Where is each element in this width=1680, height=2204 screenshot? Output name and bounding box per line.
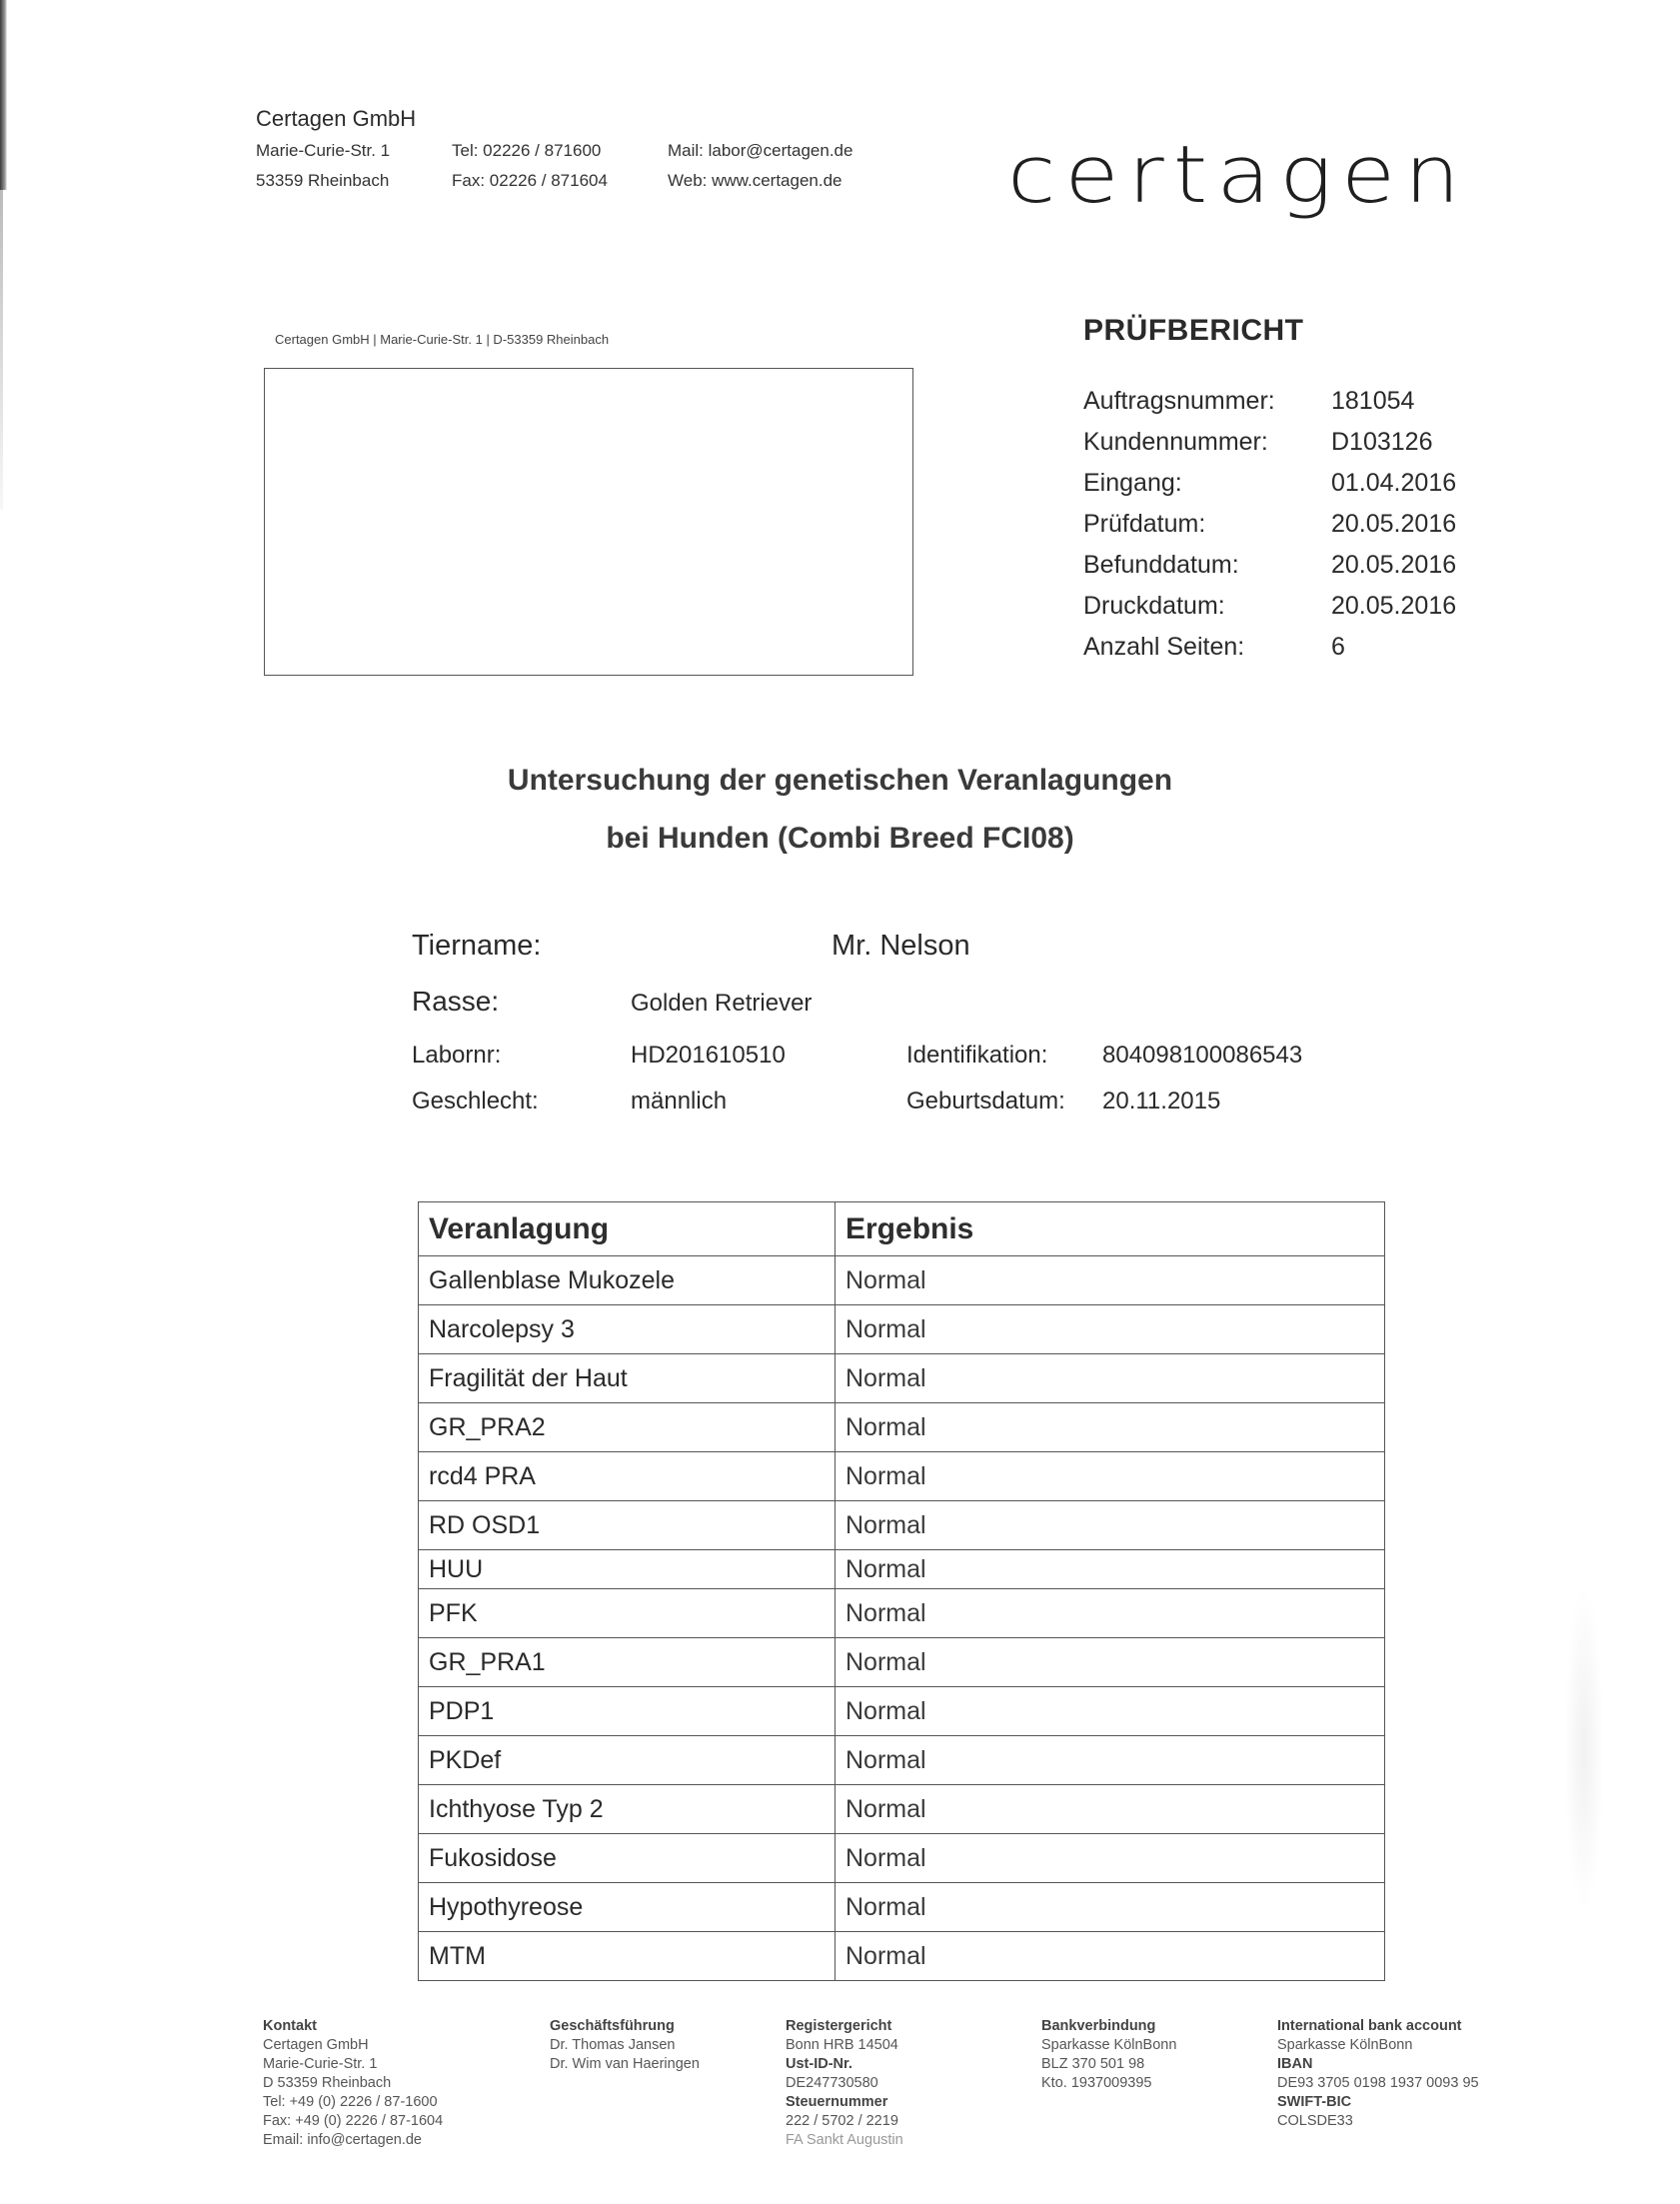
table-row: RD OSD1Normal xyxy=(419,1501,1385,1550)
main-title-line1: Untersuchung der genetischen Veranlagung… xyxy=(0,764,1680,798)
test-result-cell: Normal xyxy=(836,1403,1385,1452)
sender-return-line: Certagen GmbH | Marie-Curie-Str. 1 | D-5… xyxy=(275,332,609,347)
footer-contact-line: Tel: +49 (0) 2226 / 87-1600 xyxy=(263,2093,443,2112)
report-field-label: Eingang: xyxy=(1083,469,1182,498)
report-field-value: 181054 xyxy=(1331,387,1414,416)
company-name: Certagen GmbH xyxy=(256,106,416,132)
report-field-value: D103126 xyxy=(1331,428,1432,457)
footer-register-heading: Registergericht xyxy=(786,2017,903,2036)
animal-name-value: Mr. Nelson xyxy=(832,930,970,963)
test-result-cell: Normal xyxy=(836,1501,1385,1550)
footer-management-line: Dr. Wim van Haeringen xyxy=(550,2055,700,2074)
scan-edge-artifact xyxy=(0,0,7,190)
test-name-cell: MTM xyxy=(419,1932,836,1981)
footer-vat-heading: Ust-ID-Nr. xyxy=(786,2055,903,2074)
animal-dob-label: Geburtsdatum: xyxy=(906,1088,1065,1115)
footer-bic: COLSDE33 xyxy=(1277,2112,1479,2131)
footer-bank-line: Sparkasse KölnBonn xyxy=(1041,2036,1176,2055)
main-title-line2: bei Hunden (Combi Breed FCI08) xyxy=(0,822,1680,856)
table-row: Ichthyose Typ 2Normal xyxy=(419,1785,1385,1834)
footer-contact: Kontakt Certagen GmbHMarie-Curie-Str. 1D… xyxy=(263,2017,443,2150)
table-row: MTMNormal xyxy=(419,1932,1385,1981)
report-field-label: Prüfdatum: xyxy=(1083,510,1205,539)
scan-edge-artifact xyxy=(0,190,3,510)
certagen-logo: certagen xyxy=(1007,128,1469,221)
animal-breed-value: Golden Retriever xyxy=(631,990,812,1018)
report-field-value: 20.05.2016 xyxy=(1331,551,1456,580)
table-row: Gallenblase MukozeleNormal xyxy=(419,1256,1385,1305)
footer-contact-heading: Kontakt xyxy=(263,2017,443,2036)
animal-dob-value: 20.11.2015 xyxy=(1102,1088,1220,1115)
footer-bic-heading: SWIFT-BIC xyxy=(1277,2093,1479,2112)
test-result-cell: Normal xyxy=(836,1550,1385,1589)
test-name-cell: HUU xyxy=(419,1550,836,1589)
company-tel: Tel: 02226 / 871600 xyxy=(452,141,601,161)
results-table-header: Veranlagung Ergebnis xyxy=(419,1202,1385,1256)
test-name-cell: PFK xyxy=(419,1589,836,1638)
test-result-cell: Normal xyxy=(836,1736,1385,1785)
test-result-cell: Normal xyxy=(836,1638,1385,1687)
test-result-cell: Normal xyxy=(836,1687,1385,1736)
test-result-cell: Normal xyxy=(836,1932,1385,1981)
footer-iban-heading: IBAN xyxy=(1277,2055,1479,2074)
company-web[interactable]: Web: www.certagen.de xyxy=(668,171,842,191)
test-name-cell: Narcolepsy 3 xyxy=(419,1305,836,1354)
test-result-cell: Normal xyxy=(836,1452,1385,1501)
report-field-value: 01.04.2016 xyxy=(1331,469,1456,498)
footer-bank: Bankverbindung Sparkasse KölnBonnBLZ 370… xyxy=(1041,2017,1176,2093)
footer-contact-line: Email: info@certagen.de xyxy=(263,2131,443,2150)
table-row: GR_PRA1Normal xyxy=(419,1638,1385,1687)
test-result-cell: Normal xyxy=(836,1785,1385,1834)
animal-id-value: 804098100086543 xyxy=(1102,1042,1302,1070)
test-name-cell: PKDef xyxy=(419,1736,836,1785)
test-name-cell: Ichthyose Typ 2 xyxy=(419,1785,836,1834)
footer-bank-heading: Bankverbindung xyxy=(1041,2017,1176,2036)
scan-smudge xyxy=(1564,1584,1604,1914)
table-row: rcd4 PRANormal xyxy=(419,1452,1385,1501)
results-table: Veranlagung Ergebnis Gallenblase Mukozel… xyxy=(418,1201,1385,1981)
company-mail[interactable]: Mail: labor@certagen.de xyxy=(668,141,852,161)
report-title: PRÜFBERICHT xyxy=(1083,314,1304,348)
report-field-label: Anzahl Seiten: xyxy=(1083,633,1244,662)
animal-id-label: Identifikation: xyxy=(906,1042,1047,1070)
footer-tax: 222 / 5702 / 2219 xyxy=(786,2112,903,2131)
test-name-cell: Fragilität der Haut xyxy=(419,1354,836,1403)
table-row: PDP1Normal xyxy=(419,1687,1385,1736)
table-row: HypothyreoseNormal xyxy=(419,1883,1385,1932)
test-name-cell: RD OSD1 xyxy=(419,1501,836,1550)
footer-contact-line: D 53359 Rheinbach xyxy=(263,2074,443,2093)
company-city: 53359 Rheinbach xyxy=(256,171,389,191)
report-field-value: 20.05.2016 xyxy=(1331,592,1456,621)
column-header-ergebnis: Ergebnis xyxy=(836,1202,1385,1256)
test-name-cell: Gallenblase Mukozele xyxy=(419,1256,836,1305)
animal-labno-value: HD201610510 xyxy=(631,1042,786,1070)
footer-iban: DE93 3705 0198 1937 0093 95 xyxy=(1277,2074,1479,2093)
test-name-cell: PDP1 xyxy=(419,1687,836,1736)
column-header-veranlagung: Veranlagung xyxy=(419,1202,836,1256)
report-field-label: Auftragsnummer: xyxy=(1083,387,1275,416)
company-fax: Fax: 02226 / 871604 xyxy=(452,171,608,191)
test-result-cell: Normal xyxy=(836,1305,1385,1354)
test-result-cell: Normal xyxy=(836,1883,1385,1932)
footer-intl-bank-heading: International bank account xyxy=(1277,2017,1479,2036)
footer-contact-line: Certagen GmbH xyxy=(263,2036,443,2055)
footer-intl-bank: International bank account Sparkasse Köl… xyxy=(1277,2017,1479,2131)
test-result-cell: Normal xyxy=(836,1256,1385,1305)
test-result-cell: Normal xyxy=(836,1589,1385,1638)
table-row: GR_PRA2Normal xyxy=(419,1403,1385,1452)
animal-labno-label: Labornr: xyxy=(412,1042,501,1070)
footer-bank-line: Kto. 1937009395 xyxy=(1041,2074,1176,2093)
footer-tax-office: FA Sankt Augustin xyxy=(786,2131,903,2150)
test-result-cell: Normal xyxy=(836,1354,1385,1403)
report-field-label: Befunddatum: xyxy=(1083,551,1239,580)
test-name-cell: rcd4 PRA xyxy=(419,1452,836,1501)
test-name-cell: GR_PRA2 xyxy=(419,1403,836,1452)
test-name-cell: Fukosidose xyxy=(419,1834,836,1883)
footer-tax-heading: Steuernummer xyxy=(786,2093,903,2112)
footer-bank-line: BLZ 370 501 98 xyxy=(1041,2055,1176,2074)
footer-contact-line: Fax: +49 (0) 2226 / 87-1604 xyxy=(263,2112,443,2131)
animal-name-label: Tiername: xyxy=(412,930,541,963)
table-row: Narcolepsy 3Normal xyxy=(419,1305,1385,1354)
table-row: FukosidoseNormal xyxy=(419,1834,1385,1883)
animal-sex-label: Geschlecht: xyxy=(412,1088,539,1115)
footer-contact-line: Marie-Curie-Str. 1 xyxy=(263,2055,443,2074)
test-name-cell: Hypothyreose xyxy=(419,1883,836,1932)
footer-vat: DE247730580 xyxy=(786,2074,903,2093)
table-row: Fragilität der HautNormal xyxy=(419,1354,1385,1403)
animal-breed-label: Rasse: xyxy=(412,986,499,1018)
footer-management-line: Dr. Thomas Jansen xyxy=(550,2036,700,2055)
report-field-label: Kundennummer: xyxy=(1083,428,1268,457)
table-row: PKDefNormal xyxy=(419,1736,1385,1785)
footer-management: Geschäftsführung Dr. Thomas JansenDr. Wi… xyxy=(550,2017,700,2074)
company-street: Marie-Curie-Str. 1 xyxy=(256,141,390,161)
report-field-value: 6 xyxy=(1331,633,1345,662)
recipient-address-box xyxy=(264,368,913,676)
animal-sex-value: männlich xyxy=(631,1088,727,1115)
footer-management-heading: Geschäftsführung xyxy=(550,2017,700,2036)
report-field-label: Druckdatum: xyxy=(1083,592,1225,621)
footer-register: Registergericht Bonn HRB 14504 Ust-ID-Nr… xyxy=(786,2017,903,2150)
report-field-value: 20.05.2016 xyxy=(1331,510,1456,539)
table-row: PFKNormal xyxy=(419,1589,1385,1638)
table-row: HUUNormal xyxy=(419,1550,1385,1589)
footer-intl-bank-name: Sparkasse KölnBonn xyxy=(1277,2036,1479,2055)
test-result-cell: Normal xyxy=(836,1834,1385,1883)
test-name-cell: GR_PRA1 xyxy=(419,1638,836,1687)
footer-register-court: Bonn HRB 14504 xyxy=(786,2036,903,2055)
